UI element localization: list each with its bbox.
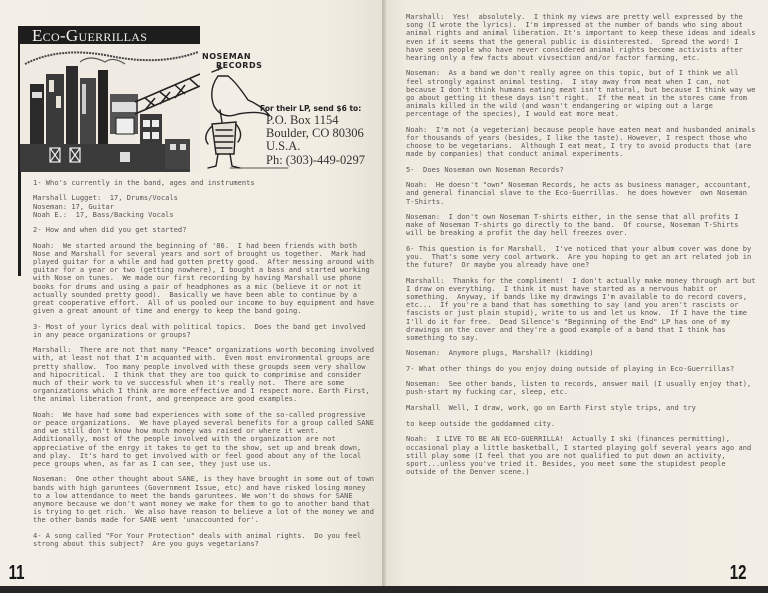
question: 4- A song called "For Your Protection" d…	[33, 532, 378, 548]
question: 6- This question is for Marshall. I've n…	[406, 245, 758, 270]
interview-text-right: Marshall: Yes! absolutely. I think my vi…	[406, 13, 758, 484]
record-label-logo: NOSEMAN RECORDS	[202, 52, 262, 70]
answer: Noseman: I don't own Noseman T-shirts ei…	[406, 213, 758, 238]
answer: Noseman: See other bands, listen to reco…	[406, 380, 758, 396]
answer: Noseman: Anymore plugs, Marshall? (kiddi…	[406, 349, 758, 357]
answer: Noah: We started around the beginning of…	[33, 242, 378, 316]
page-number: 11	[9, 562, 25, 585]
right-page: Marshall: Yes! absolutely. I think my vi…	[384, 0, 768, 586]
answer: Noah: He doesn't "own" Noseman Records, …	[406, 181, 758, 206]
address-line: U.S.A.	[266, 140, 365, 153]
book-gutter	[382, 0, 386, 586]
band-title-banner: Eco-Guerrillas	[18, 26, 200, 46]
address-phone: Ph: (303)-449-0297	[266, 154, 365, 167]
question: 2- How and when did you get started?	[33, 226, 378, 234]
label-line-1: NOSEMAN	[202, 52, 262, 61]
band-lineup: Marshall Lugget: 17, Drums/Vocals Nosema…	[33, 194, 378, 219]
answer: Marshall: Yes! absolutely. I think my vi…	[406, 13, 758, 62]
answer: Noah: I'm not (a vegeterian) because peo…	[406, 126, 758, 159]
left-page: Eco-Guerrillas	[0, 0, 384, 586]
question: 7- What other things do you enjoy doing …	[406, 365, 758, 373]
question: 3- Most of your lyrics deal with politic…	[33, 323, 378, 339]
answer: Marshall: Thanks for the compliment! I d…	[406, 277, 758, 343]
scan-bottom-edge	[0, 586, 768, 593]
page-number: 12	[730, 562, 747, 585]
label-line-2: RECORDS	[202, 61, 262, 70]
answer: Noah: I LIVE TO BE AN ECO-GUERRILLA! Act…	[406, 435, 758, 476]
answer: Noseman: As a band we don't really agree…	[406, 69, 758, 118]
answer: Marshall Well, I draw, work, go on Earth…	[406, 404, 758, 412]
answer: Noseman: One other thought about SANE, i…	[33, 475, 378, 524]
question: 1- Who's currently in the band, ages and…	[33, 179, 378, 187]
mailing-address: P.O. Box 1154 Boulder, CO 80306 U.S.A. P…	[266, 114, 365, 167]
answer: Noah: We have had some bad experiences w…	[33, 411, 378, 468]
interview-text-left: 1- Who's currently in the band, ages and…	[33, 179, 378, 555]
answer: Marshall: There are not that many "Peace…	[33, 346, 378, 403]
answer-continuation: to keep outside the goddamned city.	[406, 420, 758, 428]
question: 5- Does Noseman own Noseman Records?	[406, 166, 758, 174]
industrial-city-illustration	[20, 44, 200, 172]
lp-order-note: For their LP, send $6 to:	[260, 104, 361, 113]
